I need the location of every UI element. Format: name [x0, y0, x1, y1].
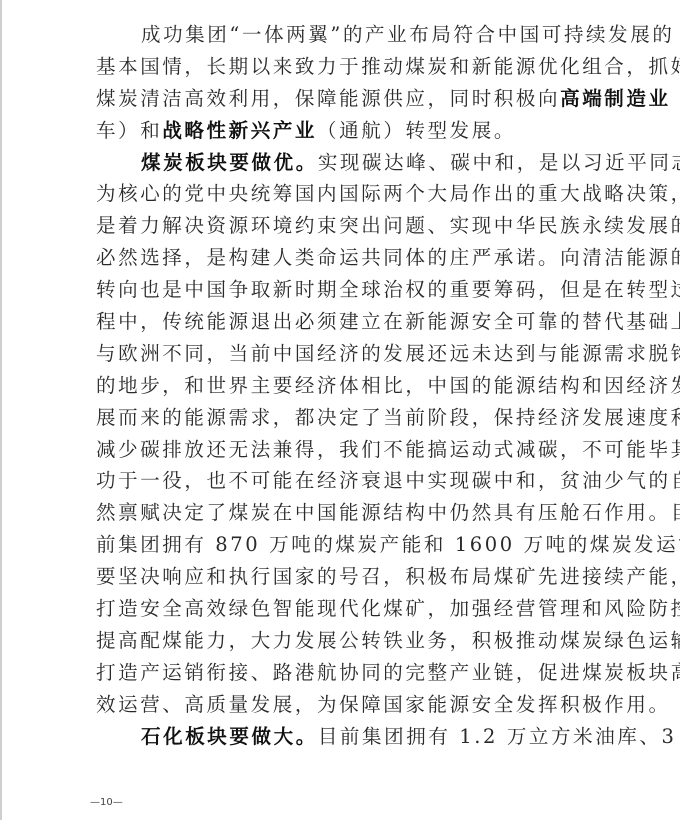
text-line: 转向也是中国争取新时期全球治权的重要筹码，但是在转型过 [96, 274, 594, 306]
text-line: 前集团拥有 870 万吨的煤炭产能和 1600 万吨的煤炭发运能力， [96, 529, 594, 561]
text-line: 然禀赋决定了煤炭在中国能源结构中仍然具有压舱石作用。目 [96, 497, 594, 529]
text-line: 程中，传统能源退出必须建立在新能源安全可靠的替代基础上。 [96, 306, 594, 338]
text-line: 必然选择，是构建人类命运共同体的庄严承诺。向清洁能源的 [96, 242, 594, 274]
page-number: —10— [90, 797, 123, 808]
text-line: 与欧洲不同，当前中国经济的发展还远未达到与能源需求脱钩 [96, 338, 594, 370]
text-line: 成功集团“一体两翼”的产业布局符合中国可持续发展的 [96, 19, 594, 51]
paragraph-intro: 成功集团“一体两翼”的产业布局符合中国可持续发展的 基本国情，长期以来致力于推动… [96, 19, 594, 147]
text-line: 打造安全高效绿色智能现代化煤矿，加强经营管理和风险防控， [96, 593, 594, 625]
section-heading-petrochemical: 石化板块要做大。 [141, 725, 318, 748]
section-heading-coal: 煤炭板块要做优。 [141, 151, 318, 174]
text-line: 是着力解决资源环境约束突出问题、实现中华民族永续发展的 [96, 210, 594, 242]
text-line: 的地步，和世界主要经济体相比，中国的能源结构和因经济发 [96, 370, 594, 402]
text-line: 煤炭清洁高效利用，保障能源供应，同时积极向高端制造业（汽 [96, 83, 594, 115]
text-line: 为核心的党中央统筹国内国际两个大局作出的重大战略决策， [96, 178, 594, 210]
emphasis-strategic-emerging-industry: 战略性新兴产业 [162, 119, 317, 142]
page-left-border [0, 0, 2, 820]
text-line: 基本国情，长期以来致力于推动煤炭和新能源优化组合，抓好 [96, 51, 594, 83]
paragraph-coal-sector: 煤炭板块要做优。实现碳达峰、碳中和，是以习近平同志 为核心的党中央统筹国内国际两… [96, 147, 594, 721]
text-line: 效运营、高质量发展，为保障国家能源安全发挥积极作用。 [96, 689, 594, 721]
text-line: 打造产运销衔接、路港航协同的完整产业链，促进煤炭板块高 [96, 657, 594, 689]
document-page: 成功集团“一体两翼”的产业布局符合中国可持续发展的 基本国情，长期以来致力于推动… [96, 19, 594, 752]
text-line: 功于一役，也不可能在经济衰退中实现碳中和，贫油少气的自 [96, 465, 594, 497]
text-line: 减少碳排放还无法兼得，我们不能搞运动式减碳，不可能毕其 [96, 434, 594, 466]
text-line: 石化板块要做大。目前集团拥有 1.2 万立方米油库、3 座加 [96, 721, 594, 753]
text-line: 展而来的能源需求，都决定了当前阶段，保持经济发展速度和 [96, 402, 594, 434]
text-line: 要坚决响应和执行国家的号召，积极布局煤矿先进接续产能， [96, 561, 594, 593]
paragraph-petrochemical-sector: 石化板块要做大。目前集团拥有 1.2 万立方米油库、3 座加 [96, 721, 594, 753]
emphasis-high-end-manufacturing: 高端制造业 [560, 87, 671, 110]
text-line: 煤炭板块要做优。实现碳达峰、碳中和，是以习近平同志 [96, 147, 594, 179]
text-line: 提高配煤能力，大力发展公转铁业务，积极推动煤炭绿色运输， [96, 625, 594, 657]
text-line: 车）和战略性新兴产业（通航）转型发展。 [96, 115, 594, 147]
